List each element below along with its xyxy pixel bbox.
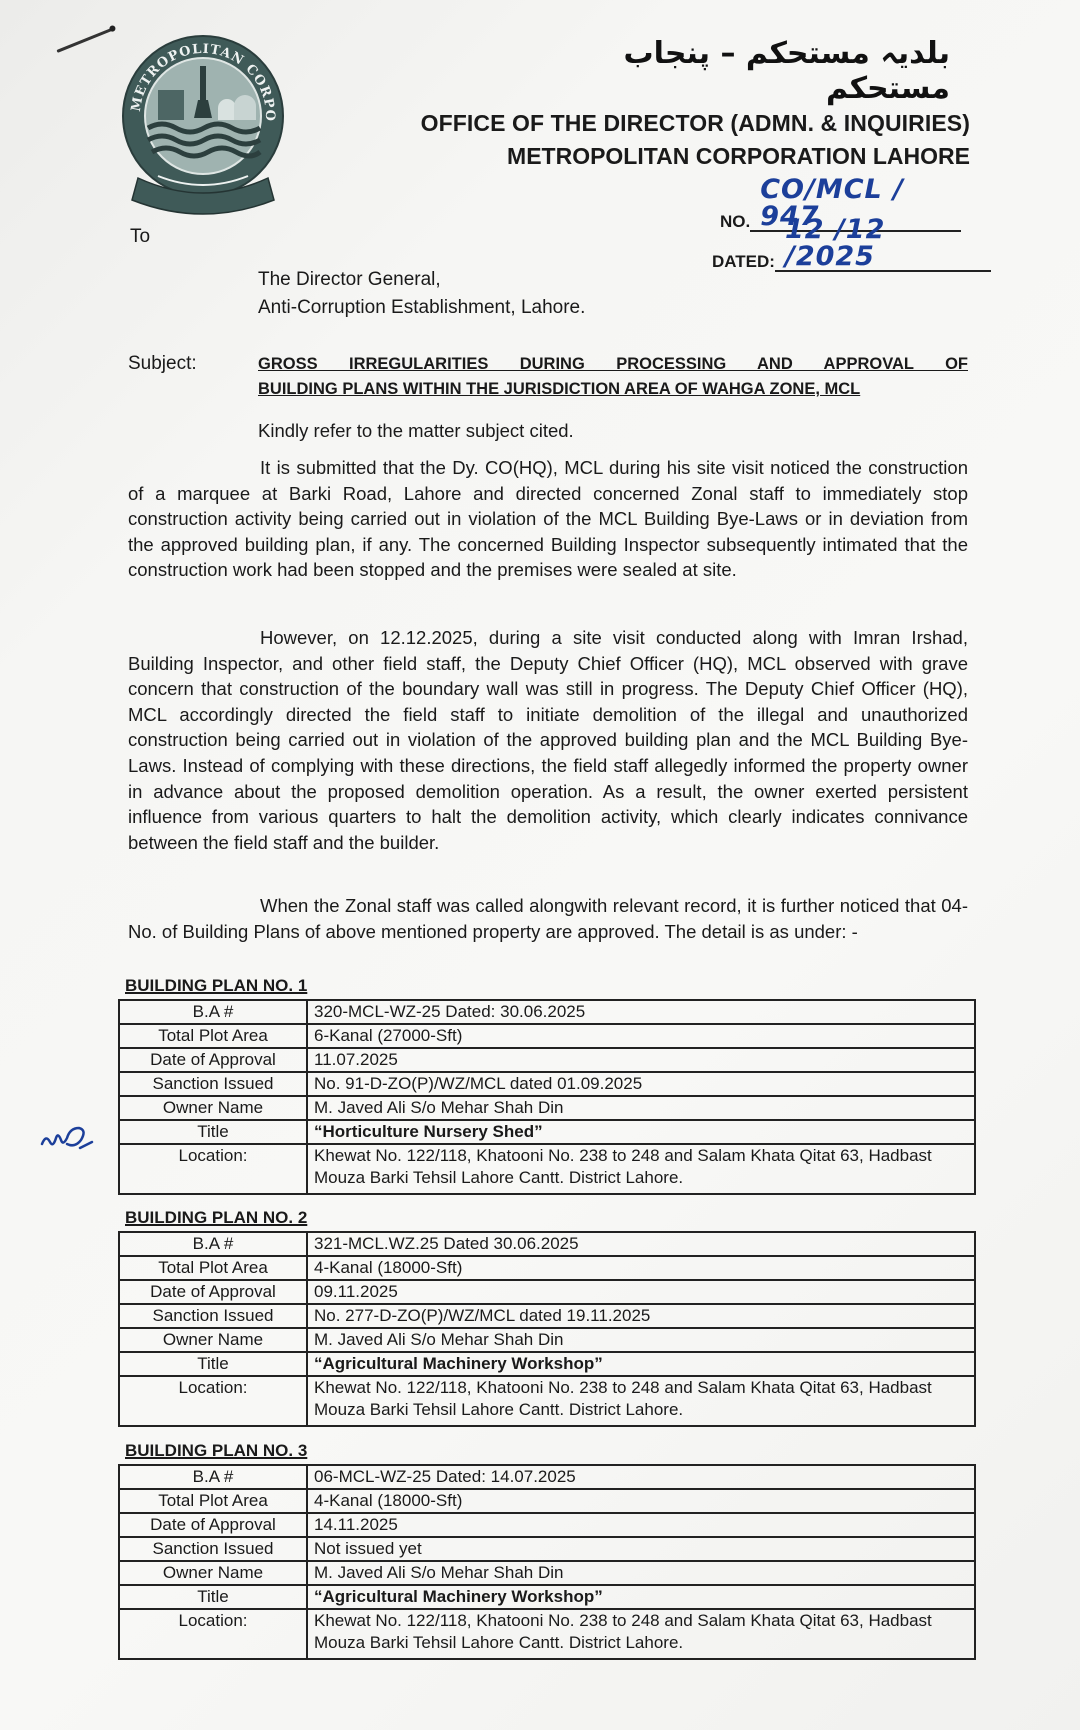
handwritten-initials-icon (38, 1118, 98, 1163)
field-label: Owner Name (119, 1096, 307, 1120)
plan-heading: BUILDING PLAN NO. 1 (125, 976, 976, 996)
subject-line: GROSS IRREGULARITIES DURING PROCESSING A… (258, 352, 968, 377)
paragraph-text: When the Zonal staff was called alongwit… (128, 895, 968, 942)
field-value-area: 6-Kanal (27000-Sft) (307, 1024, 975, 1048)
table-row-sanction: Sanction IssuedNo. 277-D-ZO(P)/WZ/MCL da… (119, 1304, 975, 1328)
field-label: Date of Approval (119, 1280, 307, 1304)
field-label: Date of Approval (119, 1513, 307, 1537)
building-plan-1: BUILDING PLAN NO. 1B.A #320-MCL-WZ-25 Da… (118, 976, 976, 1195)
field-value-title: “Agricultural Machinery Workshop” (307, 1352, 975, 1376)
urdu-heading: بلدیہ مستحکم – پنجاب مستحکم (590, 36, 950, 106)
field-label: Total Plot Area (119, 1024, 307, 1048)
table-row-ba: B.A #321-MCL.WZ.25 Dated 30.06.2025 (119, 1232, 975, 1256)
field-value-owner: M. Javed Ali S/o Mehar Shah Din (307, 1328, 975, 1352)
table-row-owner: Owner NameM. Javed Ali S/o Mehar Shah Di… (119, 1096, 975, 1120)
field-label: Owner Name (119, 1561, 307, 1585)
field-value-title: “Horticulture Nursery Shed” (307, 1120, 975, 1144)
table-row-title: Title“Agricultural Machinery Workshop” (119, 1352, 975, 1376)
addressee-line: Anti-Corruption Establishment, Lahore. (258, 294, 585, 322)
field-label: B.A # (119, 1000, 307, 1024)
plan-table: B.A #06-MCL-WZ-25 Dated: 14.07.2025Total… (118, 1464, 976, 1660)
field-label: Sanction Issued (119, 1072, 307, 1096)
table-row-ba: B.A #320-MCL-WZ-25 Dated: 30.06.2025 (119, 1000, 975, 1024)
paragraph-text: However, on 12.12.2025, during a site vi… (128, 627, 968, 853)
field-value-approval: 09.11.2025 (307, 1280, 975, 1304)
field-label: Owner Name (119, 1328, 307, 1352)
plan-heading: BUILDING PLAN NO. 3 (125, 1441, 976, 1461)
building-plan-2: BUILDING PLAN NO. 2B.A #321-MCL.WZ.25 Da… (118, 1208, 976, 1427)
field-label: Sanction Issued (119, 1537, 307, 1561)
field-label: Total Plot Area (119, 1489, 307, 1513)
paragraph-1: It is submitted that the Dy. CO(HQ), MCL… (128, 455, 968, 583)
table-row-owner: Owner NameM. Javed Ali S/o Mehar Shah Di… (119, 1328, 975, 1352)
field-label: Location: (119, 1144, 307, 1194)
field-value-ba: 321-MCL.WZ.25 Dated 30.06.2025 (307, 1232, 975, 1256)
field-value-location: Khewat No. 122/118, Khatooni No. 238 to … (307, 1144, 975, 1194)
table-row-sanction: Sanction IssuedNo. 91-D-ZO(P)/WZ/MCL dat… (119, 1072, 975, 1096)
field-label: Location: (119, 1376, 307, 1426)
table-row-area: Total Plot Area4-Kanal (18000-Sft) (119, 1256, 975, 1280)
subject-line: BUILDING PLANS WITHIN THE JURISDICTION A… (258, 377, 968, 402)
field-value-approval: 14.11.2025 (307, 1513, 975, 1537)
letter-page: METROPOLITAN CORPORATION LAHORE بلدیہ مس… (0, 0, 1080, 1730)
field-value-owner: M. Javed Ali S/o Mehar Shah Din (307, 1096, 975, 1120)
letter-date-value: 12 /12 /2025 (775, 216, 991, 272)
letter-date: DATED: 12 /12 /2025 (712, 216, 991, 272)
field-value-ba: 320-MCL-WZ-25 Dated: 30.06.2025 (307, 1000, 975, 1024)
to-label: To (130, 226, 150, 248)
field-label: Total Plot Area (119, 1256, 307, 1280)
table-row-title: Title“Horticulture Nursery Shed” (119, 1120, 975, 1144)
office-title: OFFICE OF THE DIRECTOR (ADMN. & INQUIRIE… (370, 110, 970, 137)
field-value-approval: 11.07.2025 (307, 1048, 975, 1072)
table-row-title: Title“Agricultural Machinery Workshop” (119, 1585, 975, 1609)
plan-heading: BUILDING PLAN NO. 2 (125, 1208, 976, 1228)
field-value-area: 4-Kanal (18000-Sft) (307, 1489, 975, 1513)
field-label: Title (119, 1585, 307, 1609)
table-row-location: Location:Khewat No. 122/118, Khatooni No… (119, 1609, 975, 1659)
table-row-approval: Date of Approval14.11.2025 (119, 1513, 975, 1537)
field-value-location: Khewat No. 122/118, Khatooni No. 238 to … (307, 1376, 975, 1426)
building-plan-3: BUILDING PLAN NO. 3B.A #06-MCL-WZ-25 Dat… (118, 1441, 976, 1660)
addressee: The Director General, Anti-Corruption Es… (258, 266, 585, 322)
table-row-location: Location:Khewat No. 122/118, Khatooni No… (119, 1144, 975, 1194)
field-value-sanction: No. 91-D-ZO(P)/WZ/MCL dated 01.09.2025 (307, 1072, 975, 1096)
field-label: B.A # (119, 1232, 307, 1256)
table-row-approval: Date of Approval11.07.2025 (119, 1048, 975, 1072)
pen-mark-icon (56, 28, 113, 53)
field-label: Title (119, 1352, 307, 1376)
paragraph-3: When the Zonal staff was called alongwit… (128, 893, 968, 944)
table-row-approval: Date of Approval09.11.2025 (119, 1280, 975, 1304)
organization-name: METROPOLITAN CORPORATION LAHORE (370, 143, 970, 170)
field-value-sanction: Not issued yet (307, 1537, 975, 1561)
paragraph-2: However, on 12.12.2025, during a site vi… (128, 625, 968, 855)
field-label: Date of Approval (119, 1048, 307, 1072)
field-label: Location: (119, 1609, 307, 1659)
paragraph-text: It is submitted that the Dy. CO(HQ), MCL… (128, 457, 968, 580)
metropolitan-corporation-lahore-seal-icon: METROPOLITAN CORPORATION LAHORE (118, 28, 288, 218)
field-value-location: Khewat No. 122/118, Khatooni No. 238 to … (307, 1609, 975, 1659)
plan-table: B.A #320-MCL-WZ-25 Dated: 30.06.2025Tota… (118, 999, 976, 1195)
plan-table: B.A #321-MCL.WZ.25 Dated 30.06.2025Total… (118, 1231, 976, 1427)
subject-text: GROSS IRREGULARITIES DURING PROCESSING A… (258, 352, 968, 402)
field-label: B.A # (119, 1465, 307, 1489)
table-row-location: Location:Khewat No. 122/118, Khatooni No… (119, 1376, 975, 1426)
addressee-line: The Director General, (258, 266, 585, 294)
field-value-ba: 06-MCL-WZ-25 Dated: 14.07.2025 (307, 1465, 975, 1489)
field-label: Sanction Issued (119, 1304, 307, 1328)
table-row-ba: B.A #06-MCL-WZ-25 Dated: 14.07.2025 (119, 1465, 975, 1489)
field-value-title: “Agricultural Machinery Workshop” (307, 1585, 975, 1609)
field-label: Title (119, 1120, 307, 1144)
table-row-sanction: Sanction IssuedNot issued yet (119, 1537, 975, 1561)
table-row-owner: Owner NameM. Javed Ali S/o Mehar Shah Di… (119, 1561, 975, 1585)
subject-label: Subject: (128, 353, 197, 375)
table-row-area: Total Plot Area4-Kanal (18000-Sft) (119, 1489, 975, 1513)
letter-date-label: DATED: (712, 252, 775, 272)
opening-line: Kindly refer to the matter subject cited… (258, 418, 958, 444)
field-value-owner: M. Javed Ali S/o Mehar Shah Din (307, 1561, 975, 1585)
table-row-area: Total Plot Area6-Kanal (27000-Sft) (119, 1024, 975, 1048)
field-value-sanction: No. 277-D-ZO(P)/WZ/MCL dated 19.11.2025 (307, 1304, 975, 1328)
field-value-area: 4-Kanal (18000-Sft) (307, 1256, 975, 1280)
